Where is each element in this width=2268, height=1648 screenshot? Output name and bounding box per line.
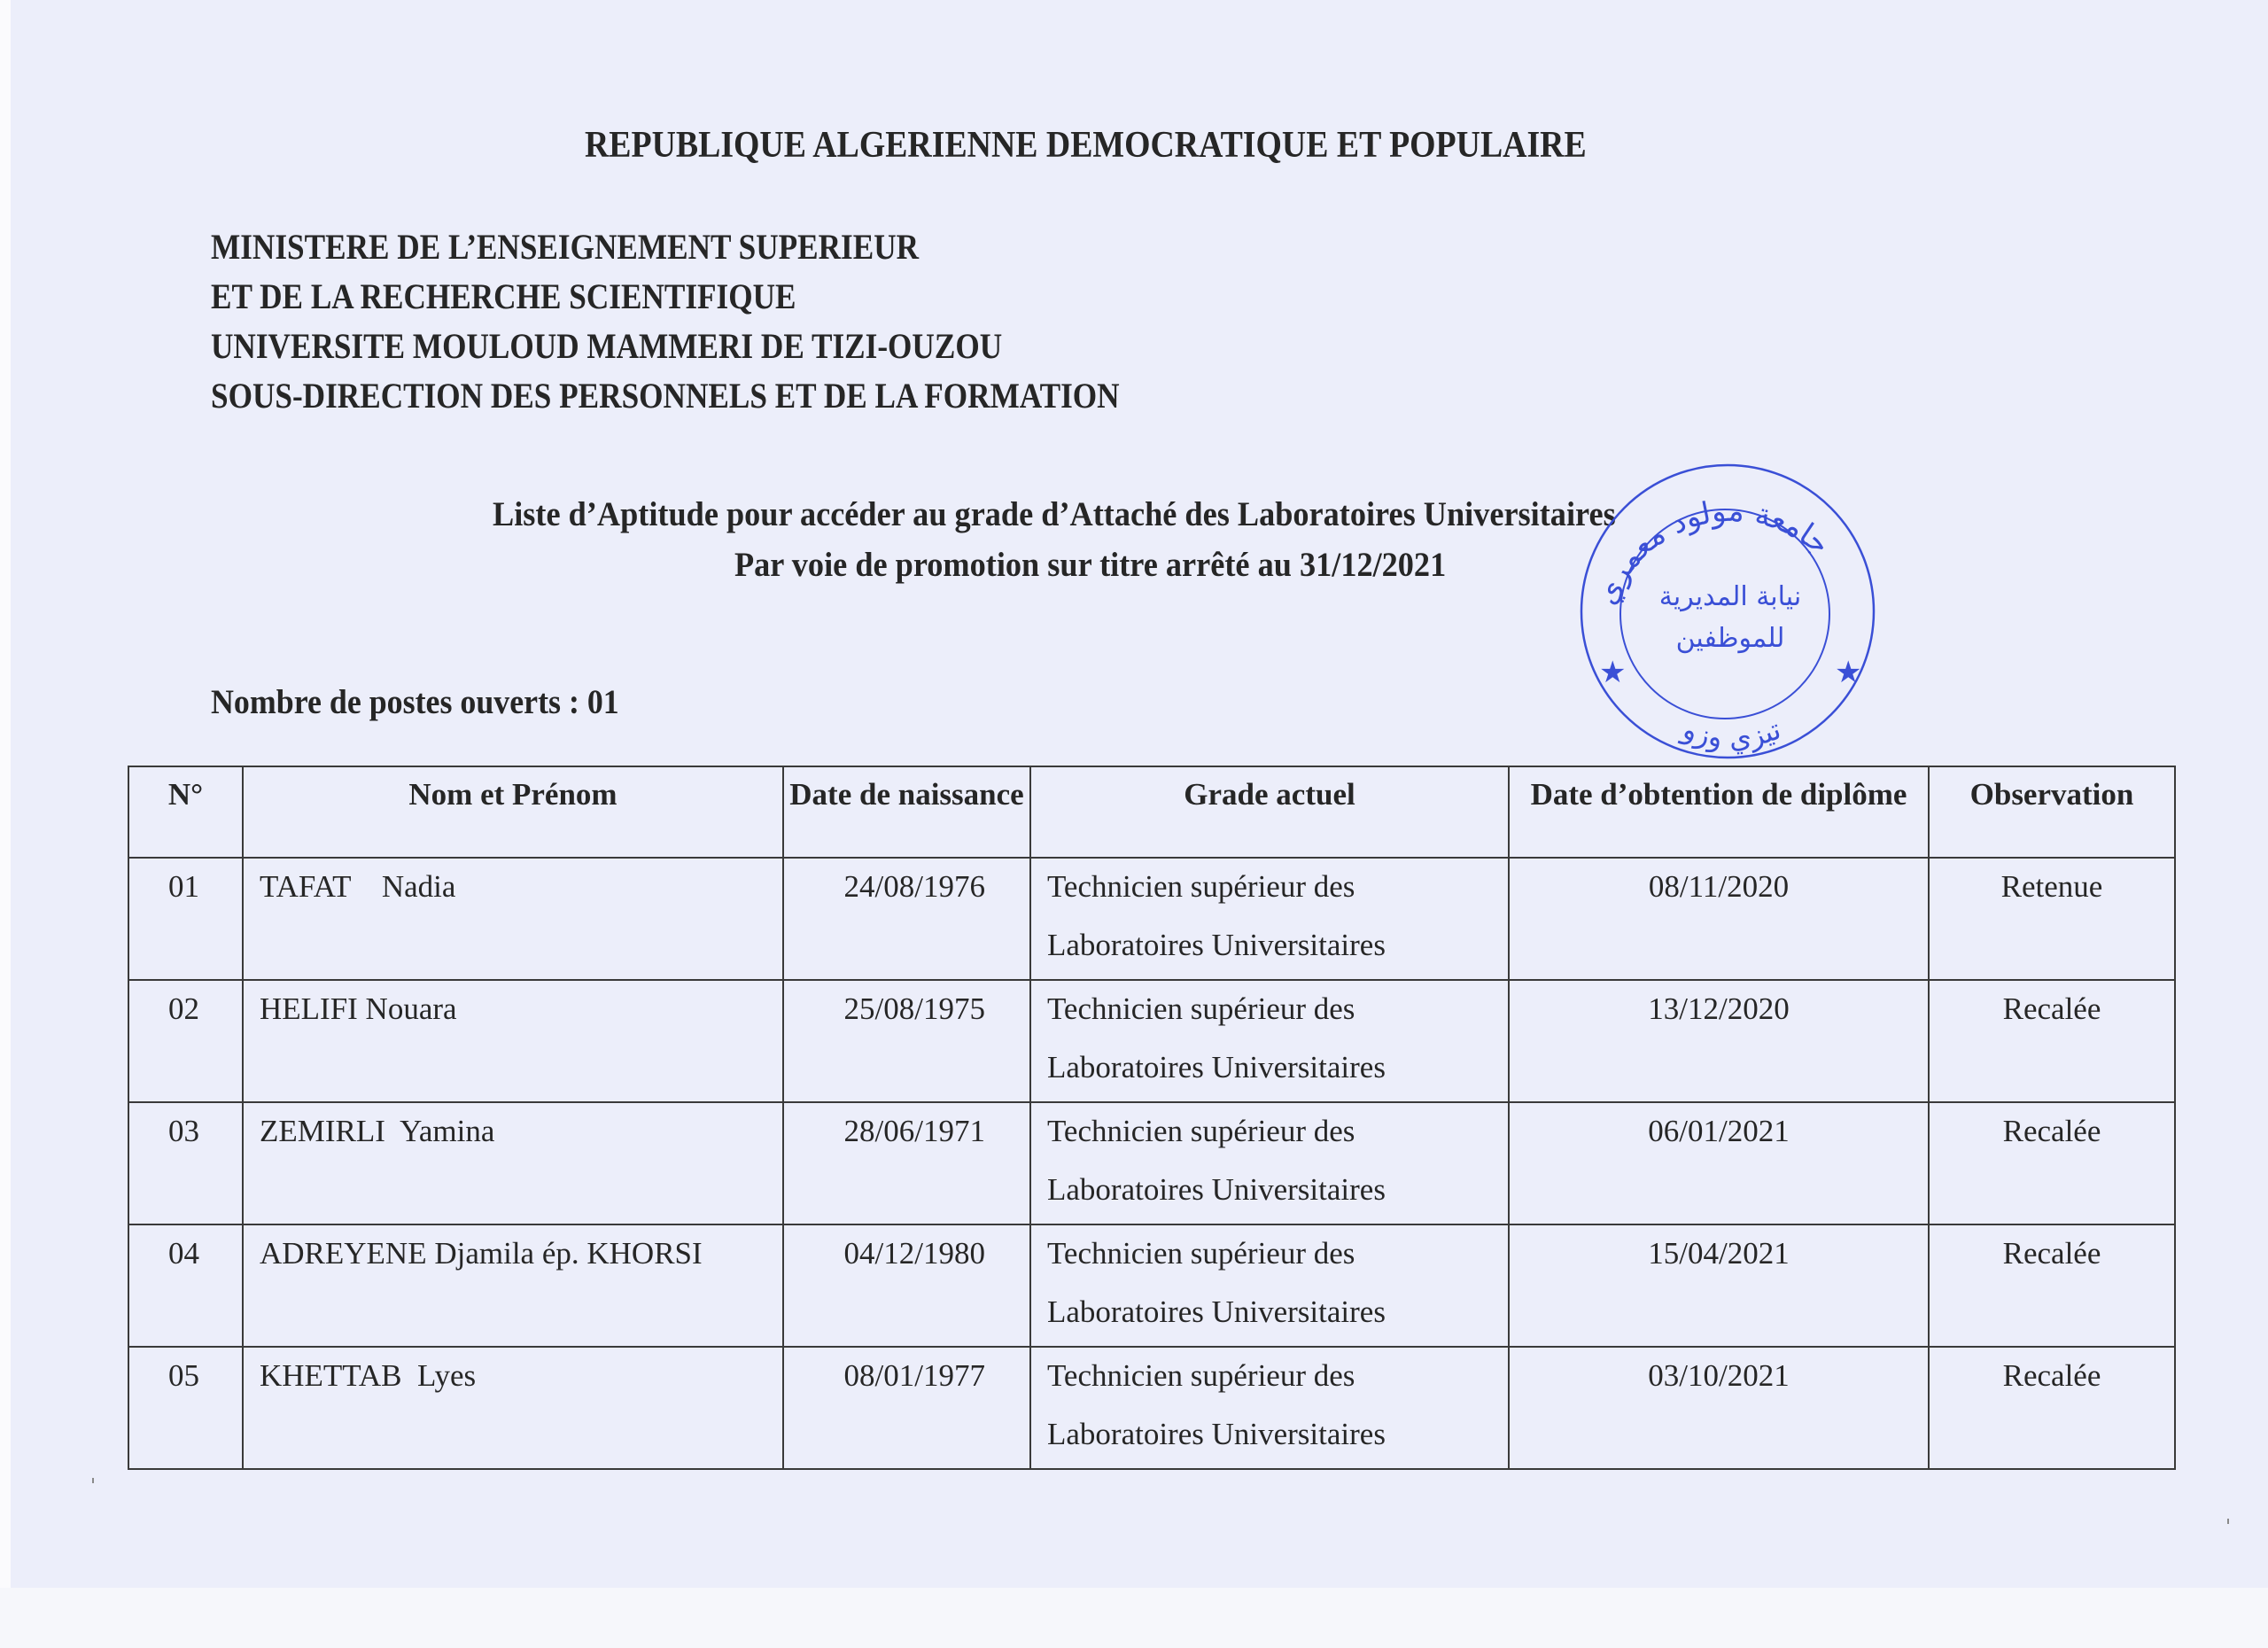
cell-obtention: 03/10/2021 [1509,1347,1929,1469]
cell-grade-text: Laboratoires Universitaires [1047,1038,1508,1098]
document-subtitle: Par voie de promotion sur titre arrêté a… [734,545,1446,585]
cell-grade-text: Laboratoires Universitaires [1047,1160,1508,1220]
header-obtention: Date d’obtention de diplôme [1509,766,1929,858]
cell-no-text: 02 [168,979,242,1039]
cell-no: 03 [128,1102,243,1224]
ministry-line: ET DE LA RECHERCHE SCIENTIFIQUE [211,276,796,317]
cell-obtention-text: 06/01/2021 [1510,1101,1928,1162]
republic-heading: REPUBLIQUE ALGERIENNE DEMOCRATIQUE ET PO… [585,124,1587,167]
cell-observation-text: Recalée [1930,1224,2174,1284]
cell-dob-text: 08/01/1977 [784,1346,985,1406]
cell-grade-text: Laboratoires Universitaires [1047,1282,1508,1342]
cell-name-text: TAFAT Nadia [260,857,782,917]
cell-name-text: ADREYENE Djamila ép. KHORSI [260,1224,782,1284]
cell-name-text: HELIFI Nouara [260,979,782,1039]
cell-name-text: ZEMIRLI Yamina [260,1101,782,1162]
cell-dob-text: 25/08/1975 [784,979,985,1039]
table-row: 05KHETTAB Lyes08/01/1977Technicien supér… [128,1347,2175,1469]
cell-observation: Recalée [1929,980,2175,1102]
open-positions-count: Nombre de postes ouverts : 01 [211,682,619,722]
cell-dob: 25/08/1975 [783,980,1030,1102]
header-observation: Observation [1929,766,2175,858]
cell-no: 02 [128,980,243,1102]
cell-name: TAFAT Nadia [243,858,783,980]
cell-observation: Recalée [1929,1102,2175,1224]
cell-observation-text: Retenue [1930,857,2174,917]
cell-observation: Recalée [1929,1347,2175,1469]
cell-dob-text: 28/06/1971 [784,1101,985,1162]
scan-speck [92,1478,94,1483]
cell-dob: 08/01/1977 [783,1347,1030,1469]
university-line: UNIVERSITE MOULOUD MAMMERI DE TIZI-OUZOU [211,325,1002,367]
cell-no-text: 03 [168,1101,242,1162]
cell-grade: Technicien supérieur desLaboratoires Uni… [1030,1347,1509,1469]
cell-grade-text: Laboratoires Universitaires [1047,915,1508,976]
cell-no-text: 05 [168,1346,242,1406]
cell-obtention-text: 03/10/2021 [1510,1346,1928,1406]
cell-observation-text: Recalée [1930,1101,2174,1162]
cell-grade: Technicien supérieur desLaboratoires Uni… [1030,858,1509,980]
cell-grade-text: Technicien supérieur des [1047,979,1508,1039]
cell-dob: 28/06/1971 [783,1102,1030,1224]
document-title: Liste d’Aptitude pour accéder au grade d… [493,494,1616,534]
cell-no: 01 [128,858,243,980]
cell-name: ZEMIRLI Yamina [243,1102,783,1224]
cell-grade-text: Technicien supérieur des [1047,1224,1508,1284]
cell-grade-text: Laboratoires Universitaires [1047,1404,1508,1465]
ministry-line: MINISTERE DE L’ENSEIGNEMENT SUPERIEUR [211,226,919,268]
cell-grade-text: Technicien supérieur des [1047,1346,1508,1406]
cell-grade-text: Technicien supérieur des [1047,857,1508,917]
cell-no: 05 [128,1347,243,1469]
cell-name: HELIFI Nouara [243,980,783,1102]
cell-obtention: 13/12/2020 [1509,980,1929,1102]
cell-observation: Retenue [1929,858,2175,980]
cell-grade: Technicien supérieur desLaboratoires Uni… [1030,980,1509,1102]
header-dob: Date de naissance [783,766,1030,858]
table-row: 03ZEMIRLI Yamina28/06/1971Technicien sup… [128,1102,2175,1224]
cell-obtention-text: 08/11/2020 [1510,857,1928,917]
cell-obtention: 08/11/2020 [1509,858,1929,980]
cell-dob-text: 04/12/1980 [784,1224,985,1284]
cell-grade: Technicien supérieur desLaboratoires Uni… [1030,1102,1509,1224]
cell-no: 04 [128,1224,243,1347]
cell-obtention: 15/04/2021 [1509,1224,1929,1347]
cell-name-text: KHETTAB Lyes [260,1346,782,1406]
header-name: Nom et Prénom [243,766,783,858]
cell-no-text: 01 [168,857,242,917]
table-row: 04ADREYENE Djamila ép. KHORSI04/12/1980T… [128,1224,2175,1347]
cell-name: ADREYENE Djamila ép. KHORSI [243,1224,783,1347]
cell-obtention-text: 13/12/2020 [1510,979,1928,1039]
table-row: 01TAFAT Nadia24/08/1976Technicien supéri… [128,858,2175,980]
scan-speck [2227,1519,2229,1524]
table-header-row: N° Nom et Prénom Date de naissance Grade… [128,766,2175,858]
cell-obtention-text: 15/04/2021 [1510,1224,1928,1284]
cell-observation-text: Recalée [1930,979,2174,1039]
cell-name: KHETTAB Lyes [243,1347,783,1469]
cell-observation: Recalée [1929,1224,2175,1347]
cell-dob: 04/12/1980 [783,1224,1030,1347]
subdirection-line: SOUS-DIRECTION DES PERSONNELS ET DE LA F… [211,375,1120,416]
table-row: 02HELIFI Nouara25/08/1975Technicien supé… [128,980,2175,1102]
cell-dob: 24/08/1976 [783,858,1030,980]
aptitude-table: N° Nom et Prénom Date de naissance Grade… [128,766,2176,1470]
cell-no-text: 04 [168,1224,242,1284]
header-grade: Grade actuel [1030,766,1509,858]
cell-grade: Technicien supérieur desLaboratoires Uni… [1030,1224,1509,1347]
cell-observation-text: Recalée [1930,1346,2174,1406]
header-no: N° [128,766,243,858]
scan-edge [0,0,11,1588]
cell-dob-text: 24/08/1976 [784,857,985,917]
cell-obtention: 06/01/2021 [1509,1102,1929,1224]
cell-grade-text: Technicien supérieur des [1047,1101,1508,1162]
